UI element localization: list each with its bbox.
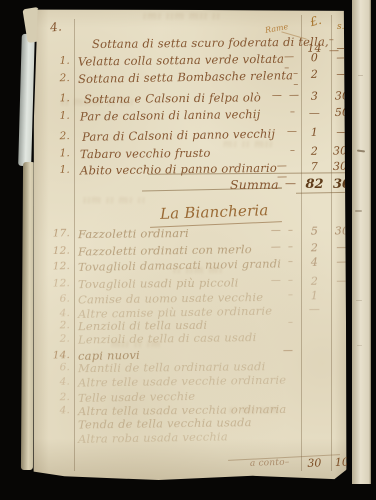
lire-value — [300, 387, 329, 388]
item-description: Tovaglioli usadi più piccoli — [78, 275, 239, 291]
item-quantity: 12. — [43, 277, 70, 289]
clothing-item-row: 1.Par de calsoni di lanina vechij–—50 — [33, 106, 347, 125]
lire-value: 3 — [300, 90, 329, 103]
bleed-through-mark: ımı ıım mıı ıı — [143, 11, 221, 22]
lire-value: 5 — [300, 225, 329, 238]
item-quantity: 12. — [43, 260, 70, 272]
carry-forward-row: a conto – 30 10 — [33, 456, 347, 482]
lire-value: — — [300, 106, 329, 119]
carry-forward-soldi: 10 — [331, 455, 353, 469]
item-quantity: 17. — [43, 227, 70, 239]
page-edge-mark — [357, 345, 362, 346]
dash-leader: – — [288, 256, 299, 270]
soldi-value: 30 — [331, 89, 353, 102]
clothing-item-row: Sottana di setta scuro foderata di tella… — [33, 34, 347, 52]
summa-label: Summa — [230, 177, 279, 192]
item-quantity: 1. — [43, 110, 70, 122]
item-quantity: 12. — [43, 245, 70, 257]
item-quantity: 4. — [43, 376, 70, 388]
item-description: Par de calsoni di lanina vechij — [80, 107, 261, 124]
lire-value: 2 — [300, 241, 329, 254]
item-description: Fazzoletti ordinati con merlo — [78, 242, 252, 258]
page-edge-mark — [355, 210, 362, 212]
dash-leader — [295, 359, 299, 373]
dash-leader — [295, 303, 299, 317]
page-stack-edge — [21, 162, 35, 470]
page-stack-edge — [18, 34, 35, 166]
dash-leader: – — [288, 289, 299, 303]
item-description-line: Altra roba usada vecchia — [78, 428, 299, 446]
soldi-value: — — [331, 255, 353, 268]
item-quantity: 1. — [43, 55, 70, 67]
clothing-item-row: 2.Para di Calsoni di panno vecchij—1— — [33, 125, 347, 145]
page-edge-mark — [358, 75, 363, 76]
summa-lire-value: 82 — [300, 177, 329, 192]
summa-dash: — — [285, 177, 296, 190]
dash-leader — [295, 387, 299, 401]
item-description: Fazzoletti ordinari — [78, 226, 189, 241]
dash-leader — [295, 414, 299, 428]
dash-leader: — – — [271, 241, 299, 255]
dash-leader — [295, 428, 299, 442]
soldi-value: — — [331, 241, 353, 254]
bleed-through-mark: ıı ıım mı — [173, 265, 223, 276]
bleed-through-mark: mı ıı mıı — [223, 139, 273, 150]
item-quantity: 2. — [43, 130, 70, 142]
item-quantity: 2. — [43, 72, 70, 84]
soldi-value: — — [331, 274, 353, 287]
lire-value: 1 — [300, 289, 329, 302]
page-edge-mark — [356, 300, 362, 301]
item-description-line: Par de calsoni di lanina vechij– — [78, 106, 301, 123]
dash-leader: — – — [271, 275, 299, 289]
lire-value — [300, 428, 329, 429]
linen-item-row: 17.Fazzoletti ordinari— –530 — [33, 224, 347, 242]
soldi-value: — — [331, 67, 353, 80]
bleed-through-mark: mıı ıı ım — [111, 339, 161, 350]
item-quantity: 2. — [43, 391, 70, 403]
lire-value: 4 — [300, 256, 329, 270]
section-heading-biancheria: La Biancheria — [160, 201, 269, 223]
item-quantity: 1. — [43, 164, 70, 176]
item-quantity: 4. — [43, 307, 70, 319]
page-edge-mark — [357, 149, 365, 152]
soldi-value: 30. — [331, 160, 353, 173]
item-quantity: 6. — [43, 361, 70, 373]
item-quantity: 4. — [43, 404, 70, 416]
summa-row: Summa — 82 30 — [33, 177, 347, 192]
item-description-line: Tovaglioli usadi più piccoli— – — [78, 275, 299, 291]
carry-forward-label: a conto — [250, 458, 285, 469]
soldi-value: 30 — [331, 224, 353, 237]
item-quantity: 2. — [43, 319, 70, 331]
dash-leader — [295, 372, 299, 386]
lire-column-header: £. — [308, 13, 322, 29]
item-description: Lenzioli de tella di casa usadi — [78, 330, 257, 346]
item-description-line: Fazzoletti ordinari— – — [78, 225, 299, 241]
bleed-through-mark: ıı mıım ıı mı — [61, 97, 134, 108]
summa-soldi-value: 30 — [331, 177, 353, 192]
soldi-value: 30. — [331, 144, 353, 157]
lire-value: 2 — [300, 275, 329, 288]
lire-value: 2 — [300, 145, 329, 158]
item-quantity: 1. — [43, 147, 70, 159]
lire-value: 2 — [300, 68, 329, 82]
item-description: Tabaro vecchio frusto — [80, 146, 211, 161]
carry-forward-dash: – — [285, 458, 290, 468]
soldi-value: — — [331, 51, 353, 64]
item-quantity: 2. — [43, 333, 70, 345]
folio-number: 4. — [49, 19, 62, 34]
bleed-through-mark: ıı mı ıım — [229, 405, 279, 416]
item-description: Altra roba usada vecchia — [78, 429, 228, 446]
carry-forward-lire: 30 — [300, 456, 329, 470]
dash-leader: — – — [271, 225, 299, 239]
soldi-value: 50 — [331, 106, 353, 119]
manuscript-page: 4. £. s. Rame Sottana di setta scuro fod… — [33, 9, 347, 481]
soldi-column-header: s. — [337, 22, 344, 32]
soldi-value: — — [331, 125, 353, 138]
next-page-edge — [352, 0, 371, 484]
lire-value: — — [300, 303, 329, 317]
dash-leader — [295, 329, 299, 343]
lire-value — [300, 345, 329, 346]
bleed-through-mark: ıım ıı mı ıı — [83, 195, 146, 206]
lire-value: 0 — [300, 51, 329, 64]
manuscript-scan: 4. £. s. Rame Sottana di setta scuro fod… — [0, 0, 376, 500]
item-quantity: 14. — [43, 349, 70, 361]
lire-value: 7 — [300, 160, 329, 173]
dash-leader: — — [283, 345, 299, 359]
item-quantity: 6. — [43, 293, 70, 305]
lire-value: 1 — [300, 126, 329, 140]
